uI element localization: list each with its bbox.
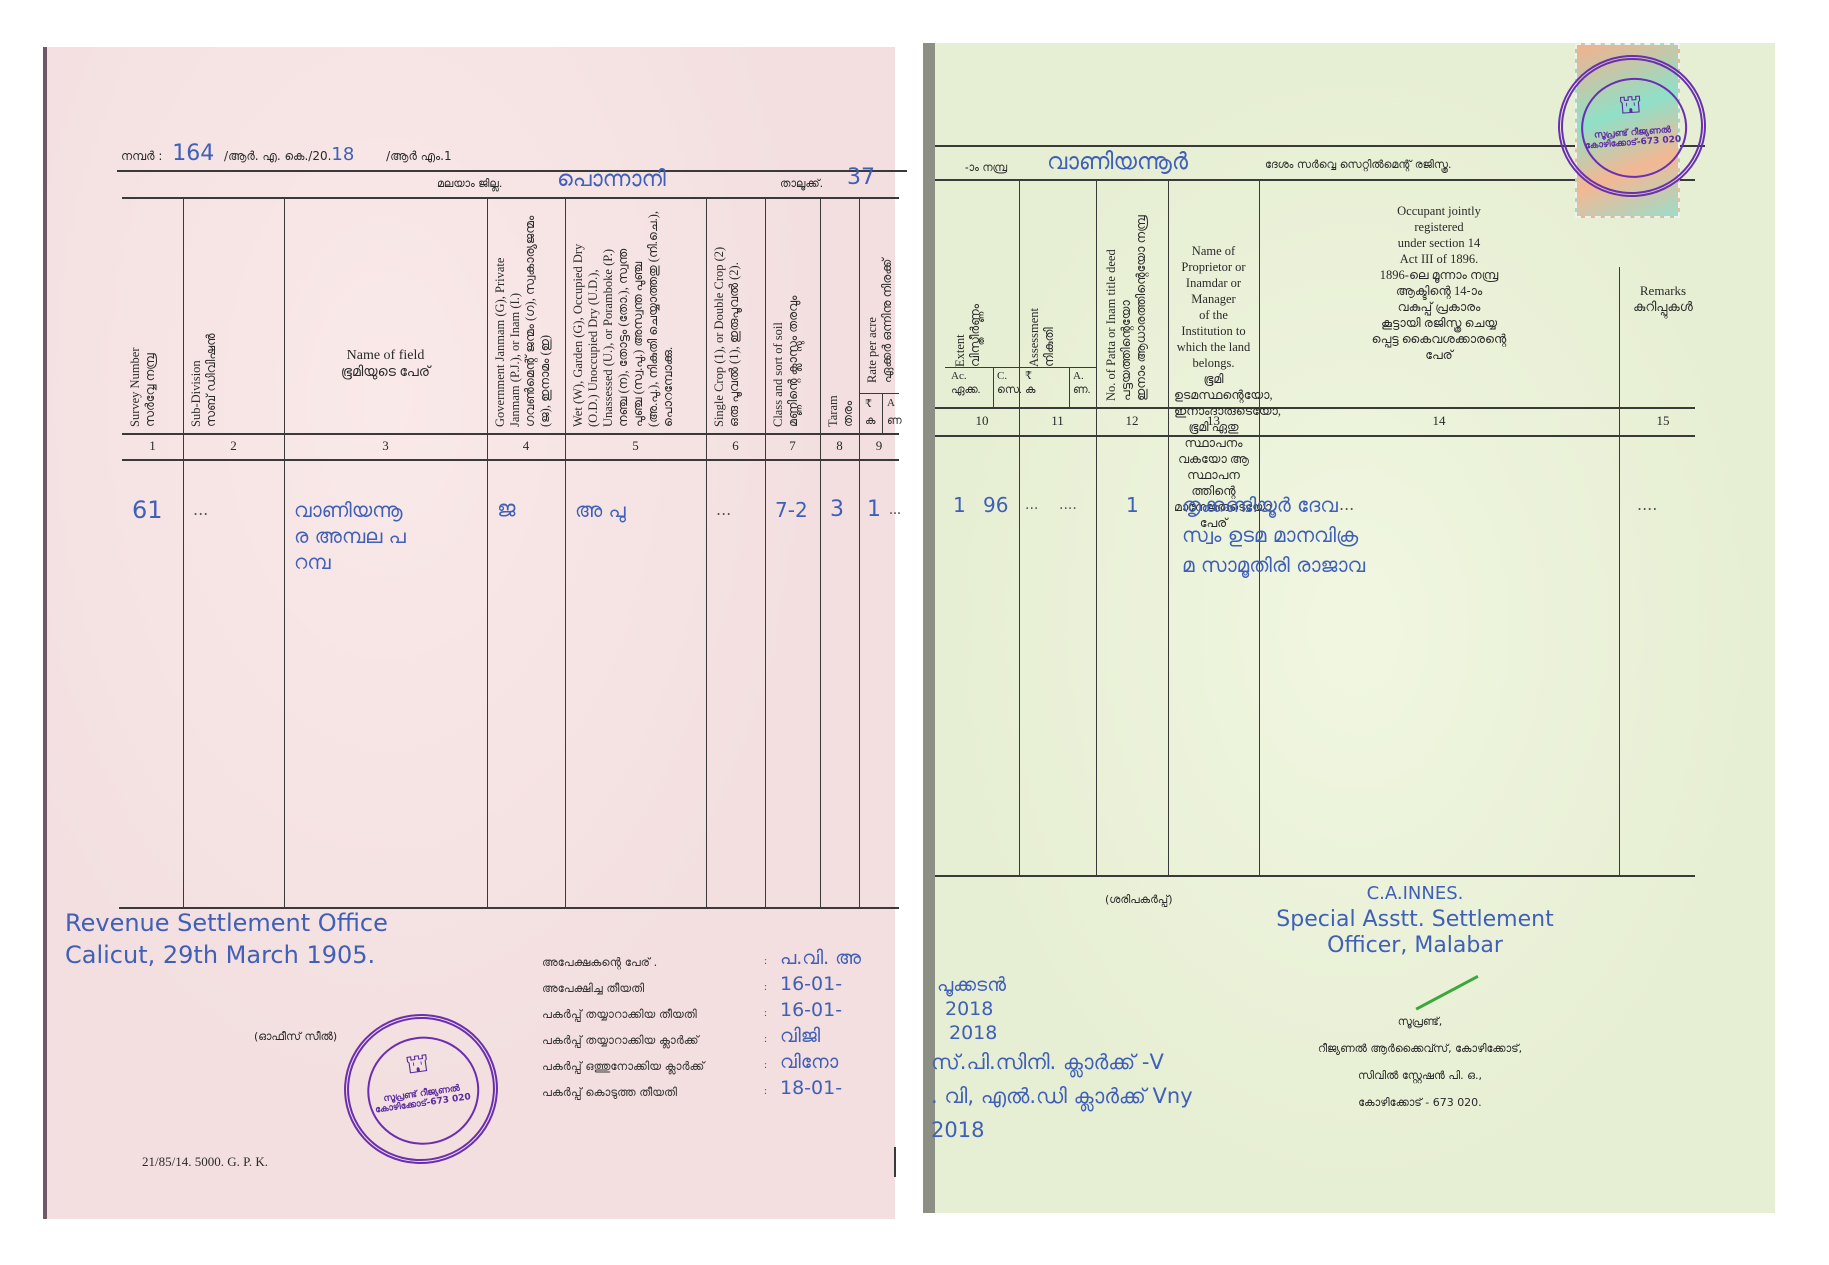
taluk-value: 37: [847, 165, 875, 190]
copy-detail-label: പകർപ്പ് ഒത്തുനോക്കിയ ക്ലാർക്ക്: [542, 1059, 704, 1074]
ref-2: /ആർ എം.1: [386, 149, 451, 163]
number-label: നമ്പർ :: [121, 149, 162, 163]
column-number: 8: [820, 438, 859, 454]
handwritten-note: 2018: [931, 1113, 1193, 1147]
office-seal-label: (ഓഫീസ് സീൽ): [254, 1030, 337, 1044]
office-note: Revenue Settlement Office Calicut, 29th …: [65, 907, 388, 971]
register-label: ദേശം സർവ്വെ സെറ്റിൽമെന്റ് രജിസ്ത്ര.: [1265, 158, 1451, 172]
extent-ac-value: 1: [953, 490, 983, 520]
column-header: Taram തരം: [826, 207, 855, 427]
rate-a-value: ...: [889, 501, 901, 519]
copy-detail-value: 18-01-: [780, 1077, 842, 1099]
row-cell: 61: [132, 497, 179, 523]
column-header: Remarks കുറിപ്പുകൾ: [1625, 283, 1701, 315]
remarks-value: ....: [1637, 490, 1697, 520]
column-number: 2: [183, 438, 284, 454]
taluk-label: താലൂക്ക്.: [780, 177, 823, 191]
patta-number-value: 1: [1126, 490, 1156, 520]
handwritten-note: സ്.പി.സിനി. ക്ലാർക്ക് -V: [931, 1045, 1193, 1079]
register-number-label: -ാം നമ്പ്ര: [965, 161, 1007, 175]
handwritten-notes: പൂക്കടൻ20182018സ്.പി.സിനി. ക്ലാർക്ക് -V.…: [931, 973, 1193, 1147]
copy-detail-colon: :: [764, 955, 767, 967]
copy-detail-value: വിജി: [780, 1025, 820, 1047]
subcell-divider: [1069, 367, 1070, 407]
subcell-label: A. ണ.: [1073, 369, 1090, 397]
column-divider: [859, 197, 860, 907]
signatory-title-2: Officer, Malabar: [1205, 933, 1625, 959]
copy-detail-colon: :: [764, 981, 767, 993]
archives-stamp: ⛫ സൂപ്രണ്ട് റീജ്യണൽ കോഴിക്കോട്-673 020: [334, 1004, 507, 1174]
column-number: 6: [706, 438, 765, 454]
officer-line: റീജ്യണൽ ആർക്കൈവ്സ്, കോഴിക്കോട്,: [1295, 1035, 1545, 1062]
signatory-title-1: Special Asstt. Settlement: [1205, 907, 1625, 933]
copy-detail-value: 16-01-: [780, 999, 842, 1021]
column-header: Survey Number സർവ്വേ നമ്പ്ര: [128, 207, 179, 427]
officer-line: സിവിൽ സ്റ്റേഷൻ പി. ഒ.,: [1295, 1062, 1545, 1089]
assessment-a-value: ....: [1059, 490, 1089, 520]
row-cell: ...: [193, 497, 280, 523]
signatory: C.A.INNES. Special Asstt. Settlement Off…: [1205, 881, 1625, 959]
column-divider: [284, 197, 285, 907]
office-note-line2: Calicut, 29th March 1905.: [65, 939, 388, 971]
copy-detail-value: പ.വി. അ: [780, 947, 861, 969]
subcell-divider: [993, 367, 994, 407]
subcell-rule: [859, 393, 899, 394]
copy-detail-colon: :: [764, 1033, 767, 1045]
rate-rs-ml: ക: [865, 415, 876, 428]
column-header: Extent വിസ്തീർണ്ണം: [953, 259, 1015, 367]
column-header: Sub-Division സബ് ഡിവിഷൻ: [189, 207, 280, 427]
left-header: നമ്പർ : 164 /ആർ. എ. കെ./20.18 /ആർ എം.1: [121, 141, 821, 165]
column-header: Class and sort of soil മണ്ണിന്റെ ക്ലാസ്സ…: [771, 207, 816, 427]
copy-detail-value: 16-01-: [780, 973, 842, 995]
ref-1: /ആർ. എ. കെ./20.: [224, 149, 331, 163]
subcell-divider: [882, 393, 883, 433]
column-divider: [183, 197, 184, 907]
copy-detail-label: പകർപ്പ് കൊടുത്ത തീയതി: [542, 1085, 677, 1100]
rate-a-ml: ണ: [887, 415, 902, 428]
column-divider: [565, 197, 566, 907]
signatory-name: C.A.INNES.: [1205, 881, 1625, 907]
district-label: മലയാം ജില്ല.: [437, 177, 502, 191]
page-edge-mark: [894, 1147, 896, 1177]
column-header: Rate per acre ഏക്കർ ഒന്നിനു നിരക്ക്: [865, 207, 895, 383]
column-divider: [706, 197, 707, 907]
column-divider: [820, 197, 821, 907]
right-register-page: -ാം നമ്പ്ര വാണിയന്നൂർ ദേശം സർവ്വെ സെറ്റി…: [923, 43, 1775, 1213]
joint-occupant-value: ...: [1339, 490, 1419, 520]
ref-year: 18: [331, 144, 354, 165]
rate-rs-label: ₹: [865, 397, 872, 410]
column-divider: [1168, 179, 1169, 875]
district-value: പൊന്നാനി: [557, 167, 666, 192]
print-code: 21/85/14. 5000. G. P. K.: [142, 1154, 268, 1170]
handwritten-note: 2018: [931, 1021, 1193, 1045]
copy-detail-label: അപേക്ഷിച്ച തീയതി: [542, 981, 644, 996]
column-header: Single Crop (1), or Double Crop (2) ഒരു …: [712, 207, 761, 427]
copy-detail-label: പകർപ്പ് തയ്യാറാക്കിയ തീയതി: [542, 1007, 697, 1022]
colnum-rule: [935, 435, 1695, 437]
column-number: 7: [765, 438, 820, 454]
column-divider: [1619, 267, 1620, 875]
column-number: 15: [1619, 413, 1707, 429]
column-number: 11: [1019, 413, 1096, 429]
village-value: വാണിയന്നൂർ: [1047, 149, 1188, 175]
column-number: 1: [122, 438, 183, 454]
number-value: 164: [172, 141, 214, 166]
column-header-name-of-field: Name of field ഭൂമിയുടെ പേര്: [284, 347, 487, 381]
handwritten-note: പൂക്കടൻ: [931, 973, 1193, 997]
copy-detail-colon: :: [764, 1085, 767, 1097]
handwritten-note: 2018: [931, 997, 1193, 1021]
copy-detail-colon: :: [764, 1059, 767, 1071]
column-number: 9: [859, 438, 899, 454]
column-divider: [765, 197, 766, 907]
header-rule: [117, 170, 907, 172]
row-cell: 7-2: [775, 497, 816, 523]
column-header: Occupant jointly registered under sectio…: [1265, 203, 1613, 363]
true-copy-label: (ശരിപകർപ്പ്): [1105, 893, 1173, 907]
column-divider: [1096, 179, 1097, 875]
office-note-line1: Revenue Settlement Office: [65, 907, 388, 939]
column-header: Name of Proprietor or Inamdar or Manager…: [1174, 243, 1253, 531]
rate-rs-value: 1: [867, 497, 881, 522]
colhead-rule: [935, 407, 1695, 409]
row-cell: ...: [716, 497, 761, 523]
column-header: Government Janmam (G), Private Janmam (P…: [493, 207, 561, 427]
row-cell: അ പു: [575, 497, 702, 523]
column-header: Assessment നികുതി: [1027, 259, 1092, 367]
copy-details: അപേക്ഷകന്റെ പേര് .:പ.വി. അഅപേക്ഷിച്ച തീയ…: [542, 947, 902, 1147]
rate-a-label: A: [887, 397, 895, 409]
officer-line: കോഴിക്കോട് - 673 020.: [1295, 1089, 1545, 1116]
row-cell: ജ: [497, 497, 561, 523]
handwritten-note: . വി, എൽ.ഡി ക്ലാർക്ക് Vny: [931, 1079, 1193, 1113]
assessment-rs-value: ...: [1025, 490, 1055, 520]
row-cell: 3: [830, 497, 855, 523]
officer-line: സൂപ്രണ്ട്,: [1295, 1008, 1545, 1035]
column-number: 10: [945, 413, 1019, 429]
subcell-label: C. സെ.: [997, 369, 1022, 397]
table-bottom-rule: [935, 875, 1695, 877]
column-number: 14: [1259, 413, 1619, 429]
copy-detail-value: വിനോ: [780, 1051, 838, 1073]
column-number: 3: [284, 438, 487, 454]
column-number: 4: [487, 438, 565, 454]
column-number: 5: [565, 438, 706, 454]
row-cell: വാണിയന്നൂ ര അമ്പല പ റമ്പ: [294, 497, 483, 575]
extent-c-value: 96: [983, 490, 1023, 520]
column-divider: [487, 197, 488, 907]
copy-detail-colon: :: [764, 1007, 767, 1019]
left-register-page: നമ്പർ : 164 /ആർ. എ. കെ./20.18 /ആർ എം.1 മ…: [43, 47, 895, 1219]
column-number: 12: [1096, 413, 1168, 429]
copy-detail-label: പകർപ്പ് തയ്യാറാക്കിയ ക്ലാർക്ക്: [542, 1033, 699, 1048]
column-header: No. of Patta or Inam title deed പട്ടയത്ത…: [1104, 209, 1164, 401]
copy-detail-label: അപേക്ഷകന്റെ പേര് .: [542, 955, 657, 970]
officer-block: സൂപ്രണ്ട്,റീജ്യണൽ ആർക്കൈവ്സ്, കോഴിക്കോട്…: [1295, 1008, 1545, 1116]
subcell-label: Ac. ഏക്ക.: [951, 369, 980, 397]
column-header: Wet (W), Garden (G), Occupied Dry (O.D.)…: [571, 207, 702, 427]
column-divider: [1019, 179, 1020, 875]
subcell-label: ₹ ക: [1025, 369, 1036, 397]
